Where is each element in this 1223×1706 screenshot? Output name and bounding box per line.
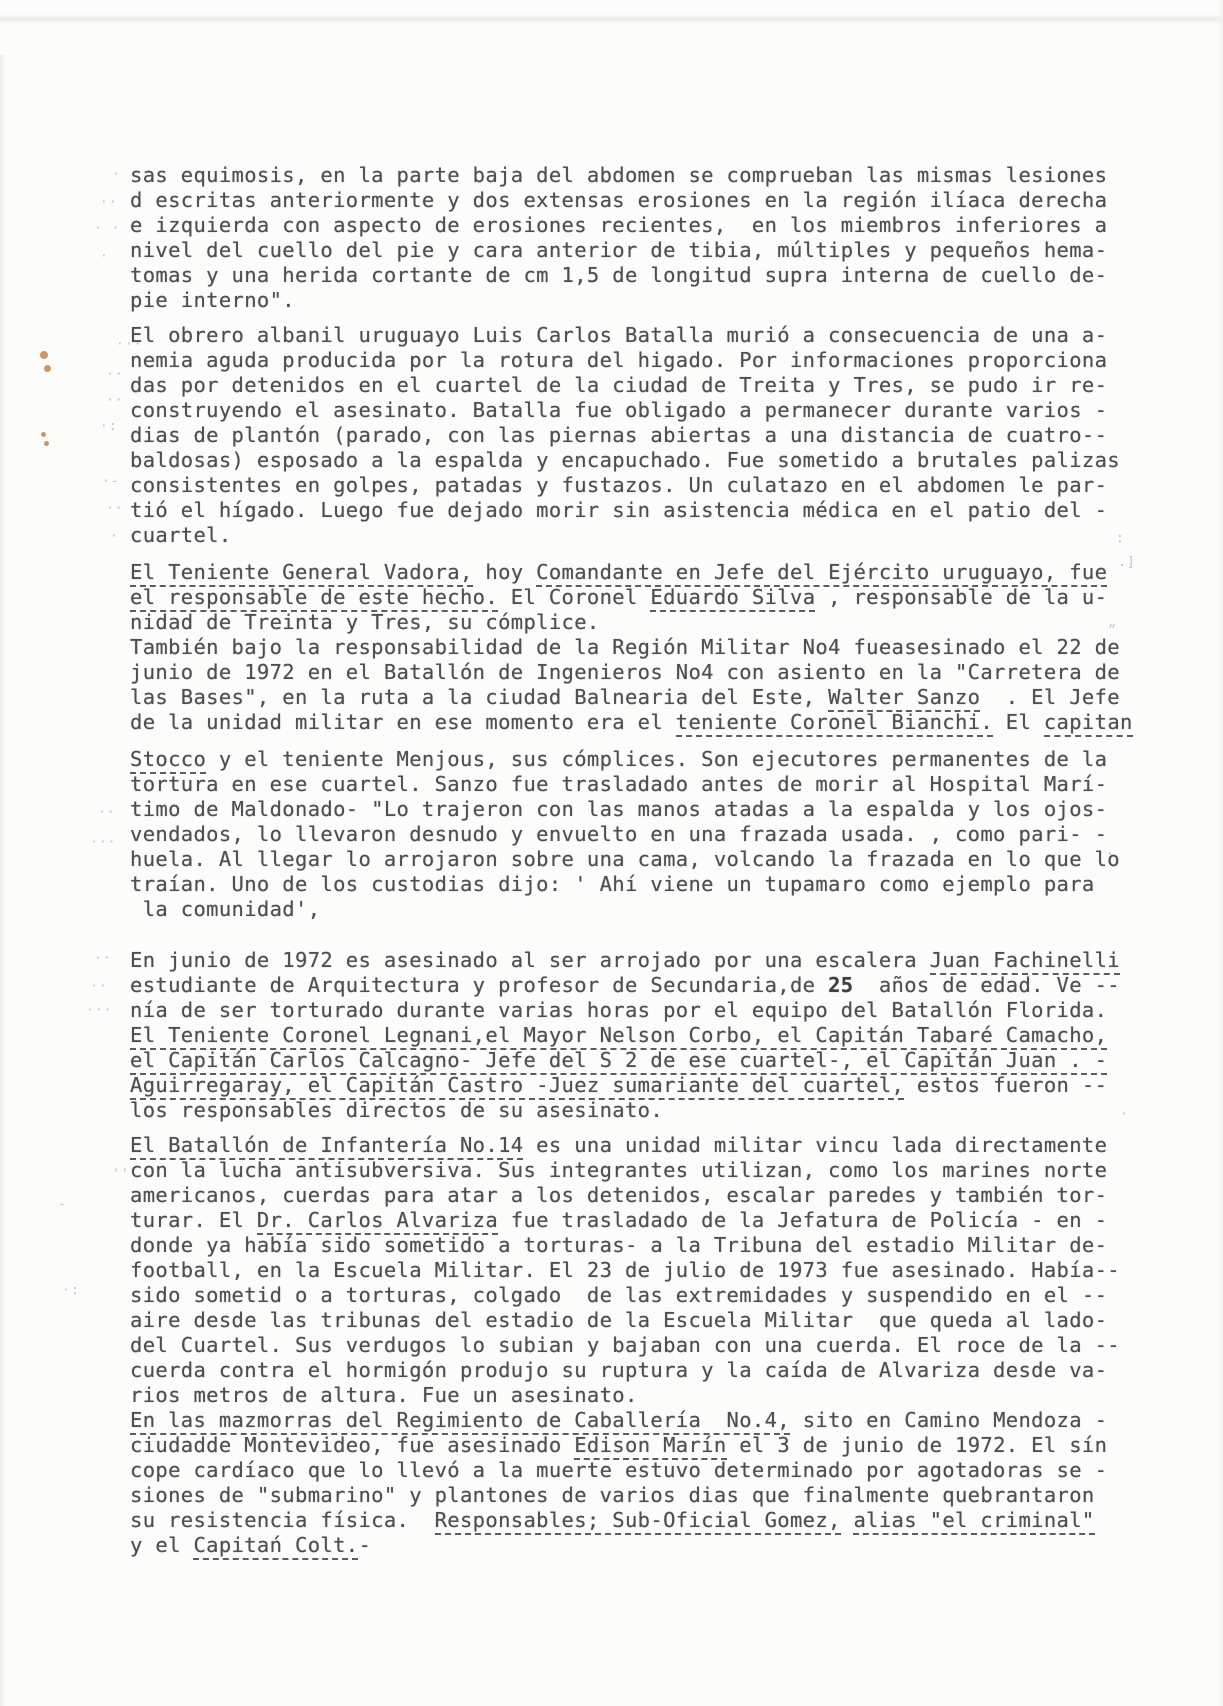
text-line: nidad de Treinta y Tres, su cómplice.	[130, 610, 1146, 635]
paragraph: También bajo la responsabilidad de la Re…	[130, 635, 1146, 735]
text-segment: -	[358, 1533, 371, 1557]
text-segment: de la unidad militar en ese momento era …	[130, 710, 676, 734]
text-segment: nía de ser torturado durante varias hora…	[130, 998, 1107, 1022]
text-line: En las mazmorras del Regimiento de Cabal…	[130, 1408, 1146, 1433]
paragraph: En junio de 1972 es asesinado al ser arr…	[130, 948, 1146, 1123]
underlined-text: el responsable de este hecho.	[130, 585, 498, 612]
text-line: sido sometid o a torturas, colgado de la…	[130, 1283, 1146, 1308]
text-line: cuartel.	[130, 523, 1146, 548]
text-segment: del Cuartel. Sus verdugos lo subian y ba…	[130, 1333, 1120, 1357]
underlined-text: teniente Coronel Bianchi.	[676, 710, 993, 737]
scan-edge-right	[1218, 0, 1223, 1706]
pencil-mark: ···	[116, 338, 142, 351]
text-line: cope cardíaco que lo llevó a la muerte e…	[130, 1458, 1146, 1483]
pencil-mark: ·	[1120, 1108, 1129, 1121]
text-line: e izquierda con aspecto de erosiones rec…	[130, 213, 1146, 238]
pencil-mark: -	[58, 1198, 67, 1211]
text-line: traían. Uno de los custodias dijo: ' Ahí…	[130, 872, 1146, 897]
text-line: En junio de 1972 es asesinado al ser arr…	[130, 948, 1146, 973]
text-segment: tortura en ese cuartel. Sanzo fue trasla…	[130, 772, 1107, 796]
pencil-mark: ··	[90, 980, 108, 993]
rust-stain-dot	[41, 432, 46, 437]
underlined-text: Edison Marín	[574, 1433, 726, 1460]
pencil-mark: ··	[100, 196, 118, 209]
text-line: d escritas anteriormente y dos extensas …	[130, 188, 1146, 213]
text-segment: estudiante de Arquitectura y profesor de…	[130, 973, 828, 997]
text-segment: sido sometid o a torturas, colgado de la…	[130, 1283, 1107, 1307]
text-line: turar. El Dr. Carlos Alvariza fue trasla…	[130, 1208, 1146, 1233]
text-segment: y el teniente Menjous, sus cómplices. So…	[206, 747, 1107, 771]
text-line: baldosas) esposado a la espalda y encapu…	[130, 448, 1146, 473]
text-segment: construyendo el asesinato. Batalla fue o…	[130, 398, 1107, 422]
pencil-mark: ·:	[62, 1284, 80, 1297]
text-segment: En junio de 1972 es asesinado al ser arr…	[130, 948, 930, 972]
text-segment: el 3 de junio de 1972. El sín	[727, 1433, 1108, 1457]
text-line: huela. Al llegar lo arrojaron sobre una …	[130, 847, 1146, 872]
underlined-text: Aguirregaray, el Capitán Castro -Juez su…	[130, 1073, 904, 1100]
pencil-mark: · ·	[94, 222, 120, 235]
text-segment: d escritas anteriormente y dos extensas …	[130, 188, 1107, 212]
text-line: estudiante de Arquitectura y profesor de…	[130, 973, 1146, 998]
underlined-text: El Batallón de Infantería No.14	[130, 1133, 523, 1160]
paragraph: El Batallón de Infantería No.14 es una u…	[130, 1133, 1146, 1408]
text-line: el responsable de este hecho. El Coronel…	[130, 585, 1146, 610]
rust-stain-dot	[44, 365, 51, 372]
pencil-mark: „	[1108, 616, 1117, 629]
text-segment: hoy	[473, 560, 536, 584]
text-line: los responsables directos de su asesinat…	[130, 1098, 1146, 1123]
text-segment: tió el hígado. Luego fue dejado morir si…	[130, 498, 1107, 522]
emphasized-text: 25	[828, 973, 853, 997]
pencil-mark: ·	[1106, 848, 1115, 861]
text-segment: cope cardíaco que lo llevó a la muerte e…	[130, 1458, 1107, 1482]
underlined-text: Eduardo Silva	[650, 585, 815, 612]
text-segment: siones de "submarino" y plantones de var…	[130, 1483, 1095, 1507]
text-line: el Capitán Carlos Calcagno- Jefe del S 2…	[130, 1048, 1146, 1073]
underlined-text: Responsables; Sub-Oficial Gomez,	[435, 1508, 841, 1535]
pencil-mark: ··	[98, 806, 116, 819]
underlined-text: Capitań Colt.	[193, 1533, 358, 1560]
text-line: El Batallón de Infantería No.14 es una u…	[130, 1133, 1146, 1158]
text-segment: . El Jefe	[980, 685, 1120, 709]
text-segment: pie interno".	[130, 288, 295, 312]
text-line: El Teniente General Vadora, hoy Comandan…	[130, 560, 1146, 585]
text-line: donde ya había sido sometido a torturas-…	[130, 1233, 1146, 1258]
text-line: siones de "submarino" y plantones de var…	[130, 1483, 1146, 1508]
text-line: del Cuartel. Sus verdugos lo subian y ba…	[130, 1333, 1146, 1358]
text-segment: donde ya había sido sometido a torturas-…	[130, 1233, 1107, 1257]
pencil-mark: · ·	[110, 530, 136, 543]
pencil-mark: ···	[86, 1004, 112, 1017]
text-line: aire desde las tribunas del estadio de l…	[130, 1308, 1146, 1333]
pencil-mark: ·	[112, 168, 121, 181]
text-line: de la unidad militar en ese momento era …	[130, 710, 1146, 735]
text-line: También bajo la responsabilidad de la Re…	[130, 635, 1146, 660]
text-segment: las Bases", en la ruta a la ciudad Balne…	[130, 685, 828, 709]
text-line: pie interno".	[130, 288, 1146, 313]
document-text: sas equimosis, en la parte baja del abdo…	[130, 163, 1146, 1558]
text-line: dias de plantón (parado, con las piernas…	[130, 423, 1146, 448]
text-segment: los responsables directos de su asesinat…	[130, 1098, 663, 1122]
text-line: cuerda contra el hormigón produjo su rup…	[130, 1358, 1146, 1383]
text-segment: football, en la Escuela Militar. El 23 d…	[130, 1258, 1120, 1282]
text-segment: años de edad. Ve --	[853, 973, 1120, 997]
text-segment: la comunidad',	[130, 897, 320, 921]
text-line: ciudadde Montevideo, fue asesinado Ediso…	[130, 1433, 1146, 1458]
text-line: consistentes en golpes, patadas y fustaz…	[130, 473, 1146, 498]
text-segment: El obrero albanil uruguayo Luis Carlos B…	[130, 323, 1107, 347]
text-line: vendados, lo llevaron desnudo y envuelto…	[130, 822, 1146, 847]
text-line: tomas y una herida cortante de cm 1,5 de…	[130, 263, 1146, 288]
text-segment: con la lucha antisubversiva. Sus integra…	[130, 1158, 1107, 1182]
underlined-text: Stocco	[130, 747, 206, 774]
text-segment: nivel del cuello del pie y cara anterior…	[130, 238, 1107, 262]
text-segment: junio de 1972 en el Batallón de Ingenier…	[130, 660, 1120, 684]
text-segment: traían. Uno de los custodias dijo: ' Ahí…	[130, 872, 1095, 896]
text-segment: sas equimosis, en la parte baja del abdo…	[130, 163, 1107, 187]
text-segment: También bajo la responsabilidad de la Re…	[130, 635, 1120, 659]
text-segment: huela. Al llegar lo arrojaron sobre una …	[130, 847, 1120, 871]
text-segment: estos fueron --	[904, 1073, 1107, 1097]
text-segment: turar. El	[130, 1208, 257, 1232]
paragraph: En las mazmorras del Regimiento de Cabal…	[130, 1408, 1146, 1558]
text-segment: e izquierda con aspecto de erosiones rec…	[130, 213, 1107, 237]
text-line: con la lucha antisubversiva. Sus integra…	[130, 1158, 1146, 1183]
text-line: El obrero albanil uruguayo Luis Carlos B…	[130, 323, 1146, 348]
text-segment: es una unidad militar vincu lada directa…	[523, 1133, 1107, 1157]
text-segment: baldosas) esposado a la espalda y encapu…	[130, 448, 1120, 472]
text-line: tortura en ese cuartel. Sanzo fue trasla…	[130, 772, 1146, 797]
pencil-mark: ·-	[102, 475, 120, 488]
pencil-mark: ··	[94, 952, 112, 965]
text-line: y el Capitań Colt.-	[130, 1533, 1146, 1558]
underlined-text: alias "el criminal"	[853, 1508, 1094, 1535]
text-segment: dias de plantón (parado, con las piernas…	[130, 423, 1107, 447]
underlined-text: el Capitán Carlos Calcagno- Jefe del S 2…	[130, 1048, 1107, 1075]
document-page: sas equimosis, en la parte baja del abdo…	[0, 0, 1223, 1706]
pencil-mark: ''	[112, 1168, 130, 1181]
underlined-text: El Teniente Coronel Legnani,el Mayor Nel…	[130, 1023, 1107, 1050]
text-segment: y el	[130, 1533, 193, 1557]
text-segment: tomas y una herida cortante de cm 1,5 de…	[130, 263, 1107, 287]
text-line: nivel del cuello del pie y cara anterior…	[130, 238, 1146, 263]
text-segment: su resistencia física.	[130, 1508, 435, 1532]
pencil-mark: ··	[106, 502, 124, 515]
scan-edge-top	[0, 14, 1223, 24]
text-segment: El Coronel	[498, 585, 650, 609]
text-segment: fue trasladado de la Jefatura de Policía…	[498, 1208, 1107, 1232]
text-segment: americanos, cuerdas para atar a los dete…	[130, 1183, 1107, 1207]
text-line: football, en la Escuela Militar. El 23 d…	[130, 1258, 1146, 1283]
pencil-mark: ···	[90, 836, 116, 849]
underlined-text: capitan	[1044, 710, 1133, 737]
text-line: sas equimosis, en la parte baja del abdo…	[130, 163, 1146, 188]
text-segment: consistentes en golpes, patadas y fustaz…	[130, 473, 1107, 497]
text-segment: vendados, lo llevaron desnudo y envuelto…	[130, 822, 1107, 846]
paragraph: sas equimosis, en la parte baja del abdo…	[130, 163, 1146, 313]
text-segment: El	[993, 710, 1044, 734]
scan-edge-left	[0, 55, 6, 1706]
text-line: Aguirregaray, el Capitán Castro -Juez su…	[130, 1073, 1146, 1098]
paragraph: El Teniente General Vadora, hoy Comandan…	[130, 560, 1146, 635]
text-segment: aire desde las tribunas del estadio de l…	[130, 1308, 1107, 1332]
text-line: nemia aguda producida por la rotura del …	[130, 348, 1146, 373]
pencil-mark: ··	[106, 394, 124, 407]
text-segment: das por detenidos en el cuartel de la ci…	[130, 373, 1107, 397]
text-segment: nemia aguda producida por la rotura del …	[130, 348, 1107, 372]
text-line: americanos, cuerdas para atar a los dete…	[130, 1183, 1146, 1208]
pencil-mark: ·:	[100, 420, 118, 433]
text-line: rios metros de altura. Fue un asesinato.	[130, 1383, 1146, 1408]
underlined-text: Comandante en Jefe del Ejército uruguayo…	[536, 560, 1107, 587]
pencil-mark: ·	[100, 250, 109, 263]
rust-stain-dot	[40, 351, 48, 359]
underlined-text: En las mazmorras del Regimiento de Cabal…	[130, 1408, 790, 1435]
text-line: nía de ser torturado durante varias hora…	[130, 998, 1146, 1023]
pencil-mark: :	[1116, 532, 1125, 545]
text-line: la comunidad',	[130, 897, 1146, 922]
text-segment: nidad de Treinta y Tres, su cómplice.	[130, 610, 600, 634]
text-line: Stocco y el teniente Menjous, sus cómpli…	[130, 747, 1146, 772]
text-line: timo de Maldonado- "Lo trajeron con las …	[130, 797, 1146, 822]
text-line: construyendo el asesinato. Batalla fue o…	[130, 398, 1146, 423]
underlined-text: Dr. Carlos Alvariza	[257, 1208, 498, 1235]
underlined-text: Walter Sanzo	[828, 685, 980, 712]
text-segment: timo de Maldonado- "Lo trajeron con las …	[130, 797, 1107, 821]
text-segment: cuartel.	[130, 523, 232, 547]
paragraph: El obrero albanil uruguayo Luis Carlos B…	[130, 323, 1146, 548]
text-line: tió el hígado. Luego fue dejado morir si…	[130, 498, 1146, 523]
text-line: las Bases", en la ruta a la ciudad Balne…	[130, 685, 1146, 710]
rust-stain-dot	[44, 441, 49, 446]
text-segment	[841, 1508, 854, 1532]
underlined-text: Juan Fachinelli	[930, 948, 1120, 975]
text-line: das por detenidos en el cuartel de la ci…	[130, 373, 1146, 398]
pencil-mark: .]	[1118, 556, 1136, 569]
underlined-text: El Teniente General Vadora,	[130, 560, 473, 587]
text-line: junio de 1972 en el Batallón de Ingenier…	[130, 660, 1146, 685]
text-segment: cuerda contra el hormigón produjo su rup…	[130, 1358, 1107, 1382]
text-segment: ciudadde Montevideo, fue asesinado	[130, 1433, 574, 1457]
text-segment: , responsable de la u-	[815, 585, 1107, 609]
text-line: su resistencia física. Responsables; Sub…	[130, 1508, 1146, 1533]
text-segment: rios metros de altura. Fue un asesinato.	[130, 1383, 638, 1407]
paragraph: Stocco y el teniente Menjous, sus cómpli…	[130, 747, 1146, 922]
text-segment: sito en Camino Mendoza -	[790, 1408, 1107, 1432]
pencil-mark: ··	[106, 368, 124, 381]
text-line: El Teniente Coronel Legnani,el Mayor Nel…	[130, 1023, 1146, 1048]
